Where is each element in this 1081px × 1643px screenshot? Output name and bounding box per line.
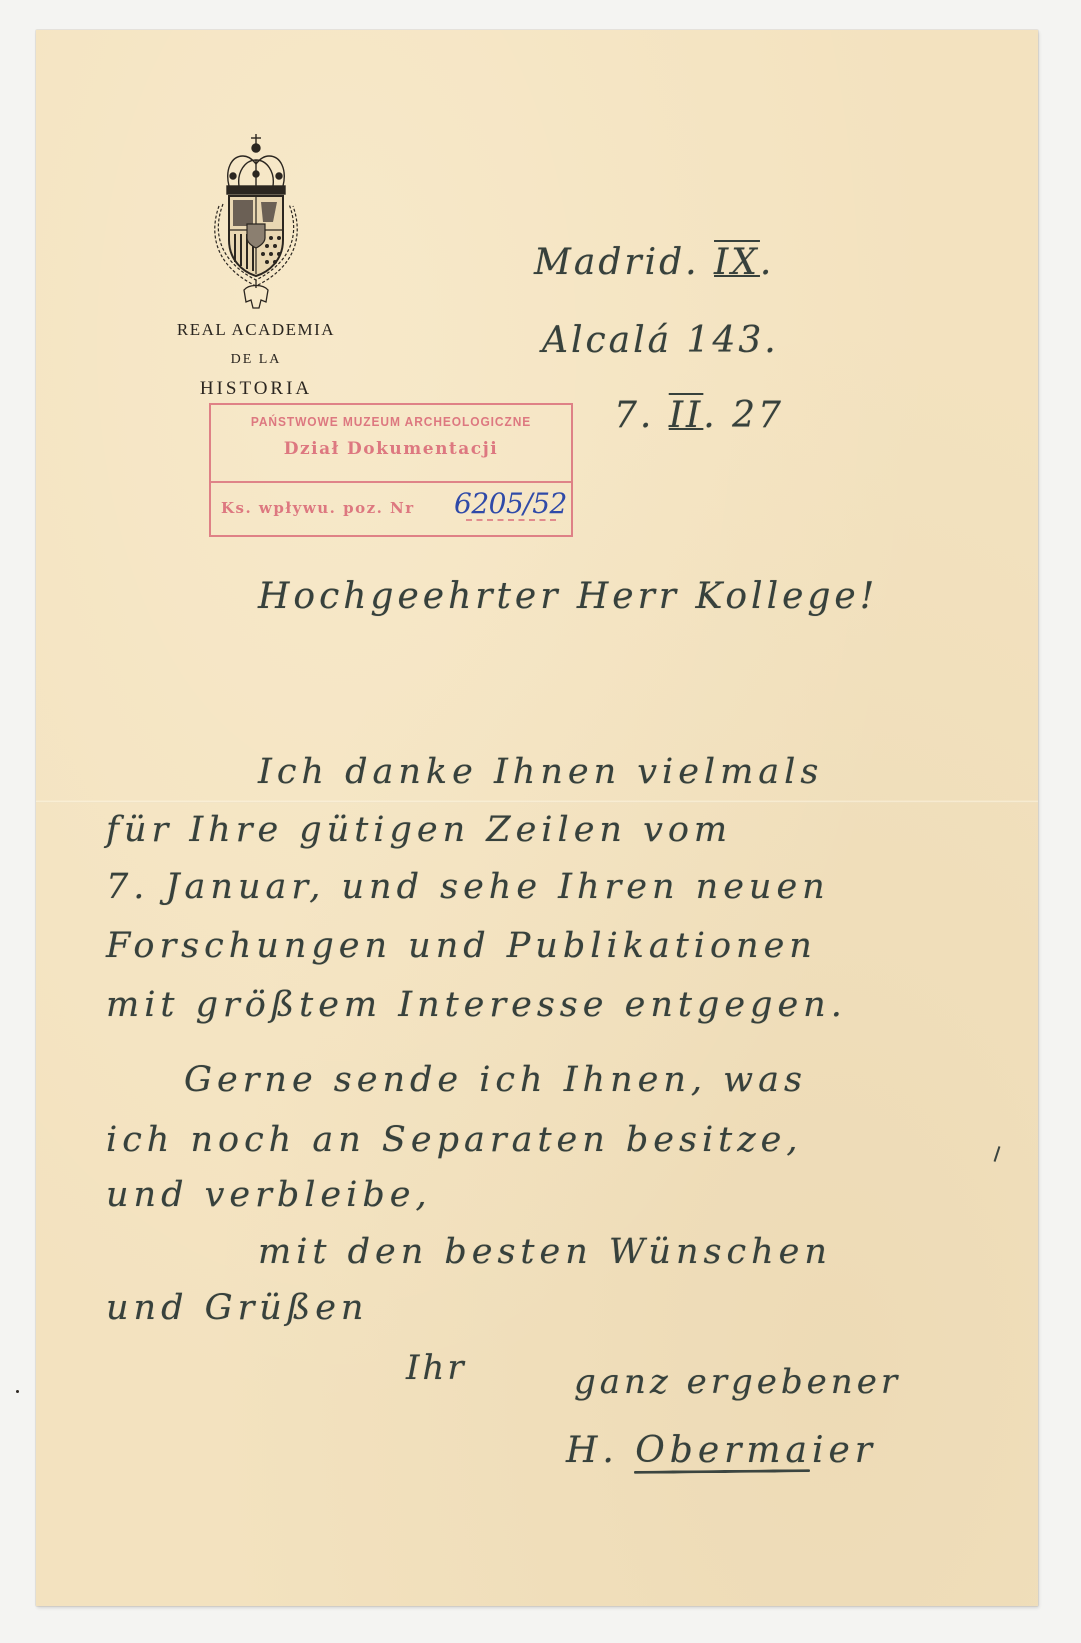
- stamp-register-label: Ks. wpływu. poz. Nr: [221, 499, 415, 517]
- stamp-department: Dział Dokumentacji: [211, 439, 571, 459]
- signature: H. Obermaier: [566, 1430, 877, 1471]
- body-line: mit größtem Interesse entgegen.: [106, 985, 847, 1025]
- district-numeral: IX: [714, 242, 760, 283]
- museum-accession-stamp: PAŃSTWOWE MUZEUM ARCHEOLOGICZNE Dział Do…: [209, 403, 573, 537]
- body-line: Ich danke Ihnen vielmals: [258, 752, 823, 792]
- body-line: ich noch an Separaten besitze,: [106, 1120, 803, 1160]
- fold-line: [36, 800, 1038, 803]
- stamp-institution: PAŃSTWOWE MUZEUM ARCHEOLOGICZNE: [225, 405, 556, 429]
- letter-paper: REAL ACADEMIA DE LA HISTORIA PAŃSTWOWE M…: [36, 30, 1038, 1606]
- salutation: Hochgeehrter Herr Kollege!: [258, 576, 878, 617]
- body-line: für Ihre gütigen Zeilen vom: [106, 810, 732, 850]
- closing-ihr: Ihr: [406, 1348, 467, 1388]
- body-line: und verbleibe,: [106, 1175, 432, 1215]
- date-year: . 27: [703, 395, 784, 436]
- letter-street: Alcalá 143.: [542, 320, 779, 361]
- stamp-register: Ks. wpływu. poz. Nr 6205/52: [211, 483, 571, 535]
- letterhead: REAL ACADEMIA DE LA HISTORIA: [146, 130, 366, 400]
- date-day: 7.: [614, 395, 654, 436]
- closing-ergebener: ganz ergebener: [574, 1362, 901, 1402]
- letter-place: Madrid. IX.: [534, 242, 774, 283]
- ink-speck: [16, 1390, 19, 1393]
- place-text: Madrid.: [534, 242, 700, 283]
- signature-underline: [634, 1469, 810, 1474]
- accession-number: 6205/52: [454, 487, 567, 520]
- letterhead-line-2: DE LA: [146, 352, 366, 368]
- body-line: Gerne sende ich Ihnen, was: [184, 1060, 807, 1100]
- comma-mark: [994, 1146, 1001, 1162]
- letterhead-line-1: REAL ACADEMIA: [146, 320, 366, 340]
- letter-date: 7. II. 27: [614, 395, 784, 436]
- body-line: und Grüßen: [106, 1288, 368, 1328]
- royal-coat-of-arms-icon: [211, 130, 301, 310]
- body-line: Forschungen und Publikationen: [106, 926, 817, 966]
- body-line: 7. Januar, und sehe Ihren neuen: [106, 867, 830, 907]
- letterhead-line-3: HISTORIA: [146, 378, 366, 400]
- date-month: II: [669, 395, 703, 436]
- stamp-header: PAŃSTWOWE MUZEUM ARCHEOLOGICZNE Dział Do…: [211, 405, 571, 483]
- place-period: .: [760, 242, 774, 283]
- body-line: mit den besten Wünschen: [258, 1232, 832, 1272]
